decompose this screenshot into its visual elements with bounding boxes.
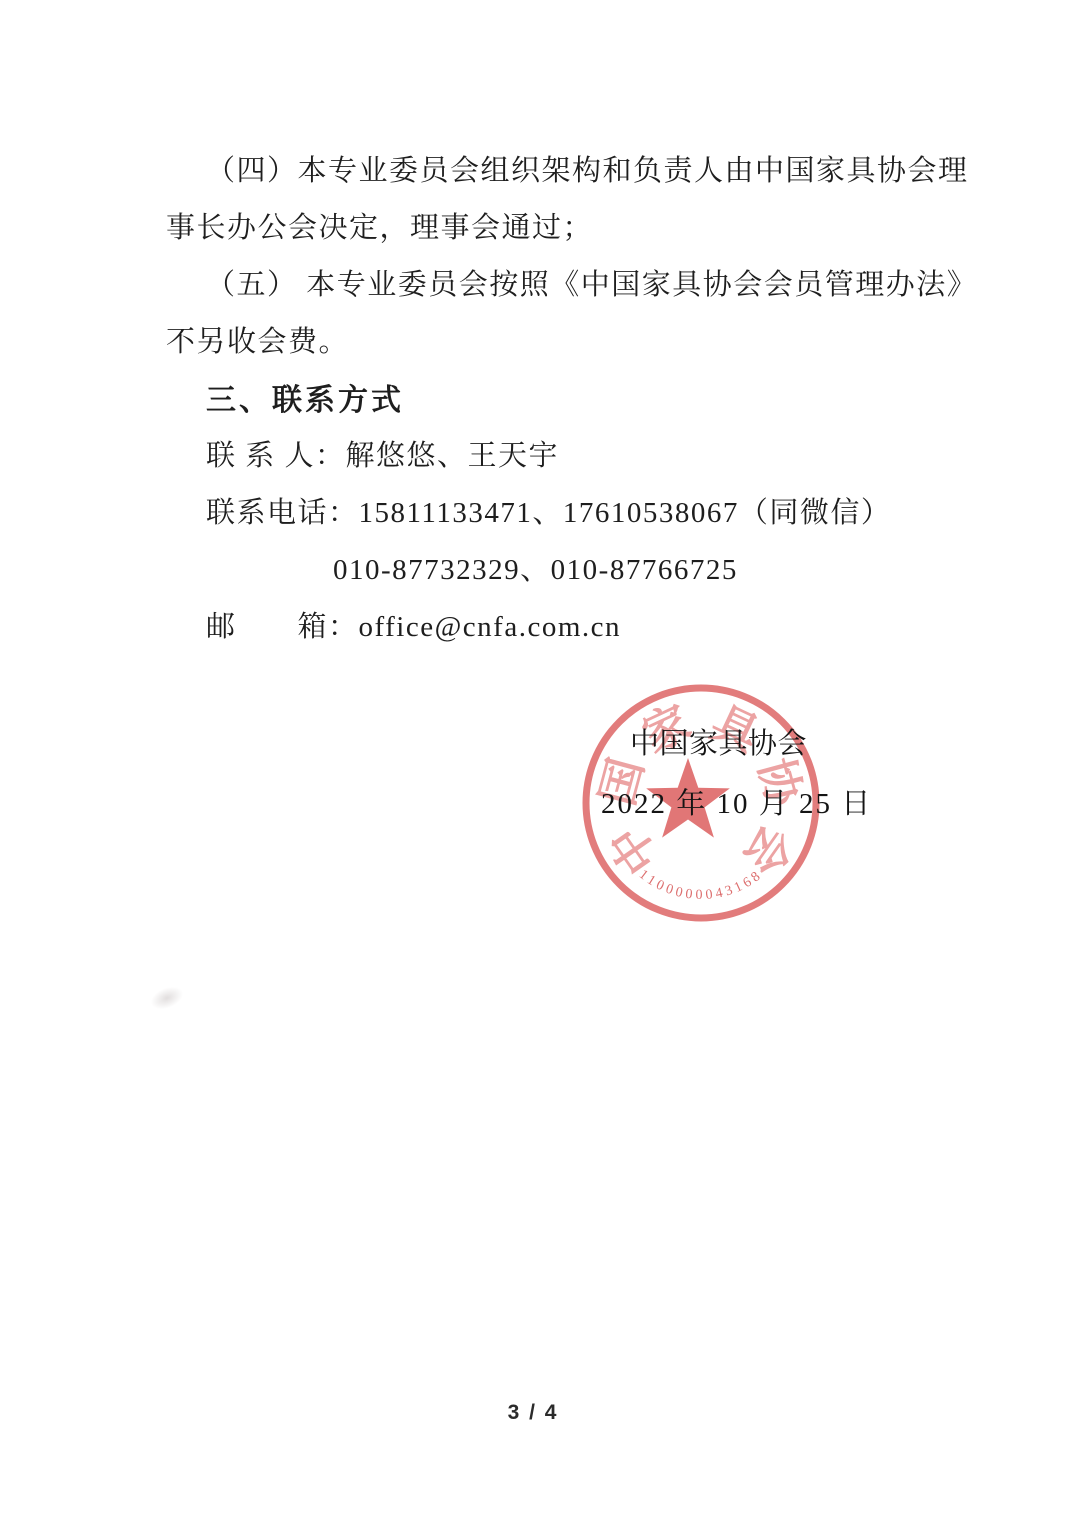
seal-ring-char: 中 — [600, 816, 668, 883]
contact-person-line: 联 系 人：解悠悠、王天宇 — [166, 425, 926, 482]
official-seal-stamp: 中 国 家 具 协 会 1100000043168 — [570, 680, 832, 942]
signature-date: 2022 年 10 月 25 日 — [601, 781, 872, 822]
body-line: 事长办公会决定，理事会通过； — [166, 197, 926, 254]
section-heading: 三、联系方式 — [166, 368, 926, 425]
seal-serial-number: 1100000043168 — [636, 867, 766, 903]
body-line: （五） 本专业委员会按照《中国家具协会会员管理办法》 — [166, 254, 926, 311]
document-body: （四）本专业委员会组织架构和负责人由中国家具协会理 事长办公会决定，理事会通过；… — [166, 140, 926, 653]
seal-ring-circle — [586, 688, 816, 918]
seal-ring-char: 协 — [749, 753, 811, 813]
page-number: 3 / 4 — [0, 1401, 1073, 1425]
seal-ring-char: 具 — [704, 696, 769, 763]
contact-phone-line: 联系电话：15811133471、17610538067（同微信） — [166, 482, 926, 539]
svg-text:1100000043168: 1100000043168 — [636, 867, 766, 903]
body-line: 不另收会费。 — [166, 311, 926, 368]
scan-smudge-artifact — [147, 982, 186, 1013]
document-page: （四）本专业委员会组织架构和负责人由中国家具协会理 事长办公会决定，理事会通过；… — [0, 0, 1080, 1526]
contact-phone-line-2: 010-87732329、010-87766725 — [166, 539, 926, 596]
seal-ring-char: 国 — [592, 753, 653, 811]
seal-ring-char: 会 — [734, 816, 802, 883]
seal-star-icon — [646, 758, 730, 838]
signature-organization: 中国家具协会 — [630, 721, 807, 762]
contact-email-line: 邮 箱：office@cnfa.com.cn — [166, 596, 926, 653]
body-line: （四）本专业委员会组织架构和负责人由中国家具协会理 — [166, 140, 926, 197]
seal-ring-char: 家 — [635, 696, 698, 762]
